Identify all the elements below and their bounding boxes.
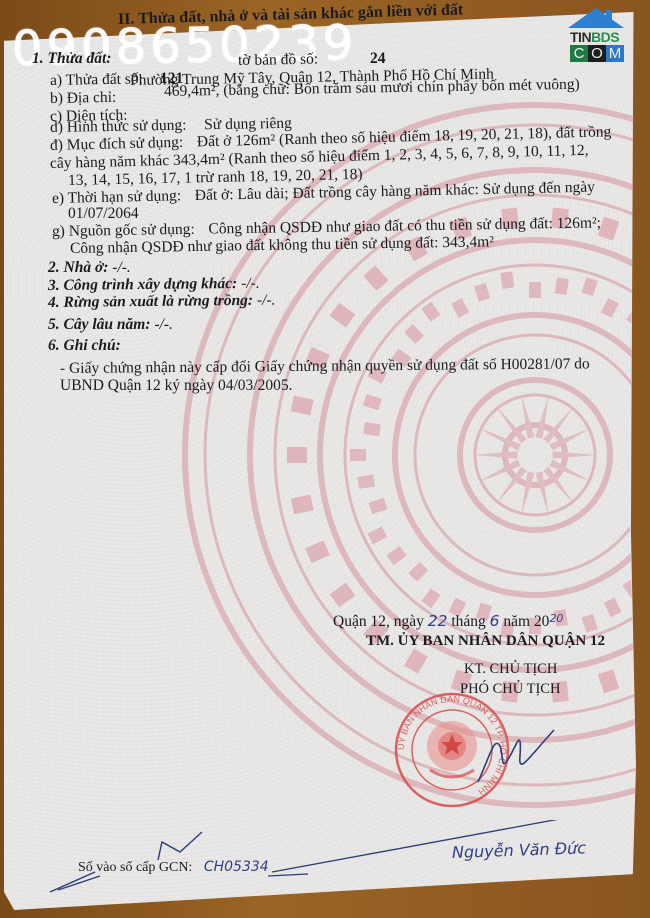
- item-value: -/-.: [112, 259, 131, 276]
- item-planted-forest: 4. Rừng sản xuất là rừng trồng: -/-.: [48, 292, 276, 312]
- handwritten-strokes: [40, 820, 640, 900]
- item-value: -/-.: [257, 292, 276, 309]
- item-perennial-trees: 5. Cây lâu năm: -/-.: [48, 316, 173, 334]
- place-date-prefix: Quận 12, ngày: [333, 613, 424, 630]
- usage-form-label: d) Hình thức sử dụng:: [50, 117, 187, 136]
- notes-label: 6. Ghi chú:: [48, 337, 121, 355]
- tinbds-logo: TINBDS C O M: [566, 6, 626, 66]
- address-row: b) Địa chỉ:: [50, 89, 130, 108]
- logo-tin: TIN: [570, 29, 591, 45]
- item-label: 4. Rừng sản xuất là rừng trồng:: [48, 292, 253, 311]
- logo-o: O: [588, 45, 606, 62]
- item-value: -/-.: [241, 275, 260, 292]
- logo-m: M: [606, 45, 624, 62]
- purpose-label: đ) Mục đích sử dụng:: [50, 134, 184, 154]
- logo-bds: BDS: [591, 29, 619, 45]
- item-label: 2. Nhà ở:: [48, 259, 108, 276]
- map-sheet-value: 24: [370, 50, 386, 68]
- role-1: KT. CHỦ TỊCH: [464, 660, 557, 678]
- logo-c: C: [570, 45, 588, 62]
- item-label: 3. Công trình xây dựng khác:: [48, 275, 237, 294]
- origin-label: g) Nguồn gốc sử dụng:: [52, 221, 195, 240]
- notes-line: - Giấy chứng nhận này cấp đổi Giấy chứng…: [60, 355, 590, 378]
- item-value: -/-.: [154, 316, 173, 333]
- authority: TM. ỦY BAN NHÂN DÂN QUẬN 12: [366, 632, 605, 650]
- house-roof-icon: [566, 6, 626, 30]
- land-heading: 1. Thửa đất:: [32, 50, 111, 68]
- item-houses: 2. Nhà ở: -/-.: [48, 259, 131, 277]
- handwritten-signature: [470, 716, 560, 786]
- notes-line: UBND Quận 12 ký ngày 04/03/2005.: [60, 377, 293, 395]
- address-label: b) Địa chỉ:: [50, 89, 117, 107]
- year-label: năm 20: [503, 613, 549, 630]
- term-line: 01/07/2064: [68, 205, 139, 223]
- date-day: 22: [428, 612, 448, 630]
- item-label: 5. Cây lâu năm:: [48, 316, 150, 333]
- map-sheet-label: tờ bản đồ số:: [238, 51, 318, 70]
- place-date: Quận 12, ngày 22 tháng 6 năm 2020: [333, 610, 563, 631]
- month-label: tháng: [451, 613, 485, 630]
- date-year: 20: [549, 612, 563, 625]
- date-month: 6: [490, 612, 500, 630]
